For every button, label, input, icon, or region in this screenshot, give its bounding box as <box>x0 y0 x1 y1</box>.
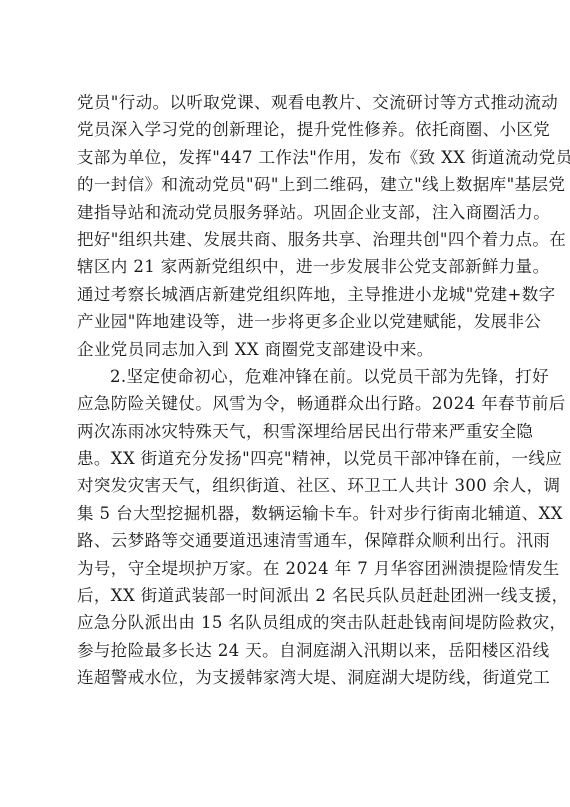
text-line: 后，XX 街道武装部一时间派出 2 名民兵队员赶赴团洲一线支援， <box>77 582 497 609</box>
text-line: 应急防险关键仗。风雪为令，畅通群众出行路。2024 年春节前后 <box>77 390 497 417</box>
text-line: 把好"组织共建、发展共商、服务共享、治理共创"四个着力点。在 <box>77 226 497 253</box>
text-line: 对突发灾害天气，组织街道、社区、环卫工人共计 300 余人，调 <box>77 472 497 499</box>
document-page: 党员"行动。以听取党课、观看电教片、交流研讨等方式推动流动 党员深入学习党的创新… <box>0 0 570 807</box>
text-line: 集 5 台大型挖掘机器，数辆运输卡车。针对步行街南北辅道、XX <box>77 500 497 527</box>
body-text: 党员"行动。以听取党课、观看电教片、交流研讨等方式推动流动 党员深入学习党的创新… <box>77 89 497 692</box>
text-line: 党员深入学习党的创新理论，提升党性修养。依托商圈、小区党 <box>77 116 497 143</box>
text-line: 的一封信》和流动党员"码"上到二维码，建立"线上数据库"基层党 <box>77 171 497 198</box>
text-line: 企业党员同志加入到 XX 商圈党支部建设中来。 <box>77 336 497 363</box>
text-line: 产业园"阵地建设等，进一步将更多企业以党建赋能，发展非公 <box>77 308 497 335</box>
text-line: 辖区内 21 家两新党组织中，进一步发展非公党支部新鲜力量。 <box>77 253 497 280</box>
section-heading-line: 2.坚定使命初心，危难冲锋在前。以党员干部为先锋，打好 <box>77 363 497 390</box>
text-line: 连超警戒水位，为支援韩家湾大堤、洞庭湖大堤防线，街道党工 <box>77 664 497 691</box>
text-line: 两次冻雨冰灾特殊天气，积雪深埋给居民出行带来严重安全隐 <box>77 418 497 445</box>
text-line: 路、云梦路等交通要道迅速清雪通车，保障群众顺利出行。汛雨 <box>77 527 497 554</box>
text-line: 患。XX 街道充分发扬"四亮"精神，以党员干部冲锋在前，一线应 <box>77 445 497 472</box>
text-line: 参与抢险最多长达 24 天。自洞庭湖入汛期以来，岳阳楼区沿线 <box>77 637 497 664</box>
text-line: 建指导站和流动党员服务驿站。巩固企业支部，注入商圈活力。 <box>77 199 497 226</box>
text-line: 应急分队派出由 15 名队员组成的突击队赶赴钱南间堤防险救灾， <box>77 609 497 636</box>
text-line: 党员"行动。以听取党课、观看电教片、交流研讨等方式推动流动 <box>77 89 497 116</box>
text-line: 支部为单位，发挥"447 工作法"作用，发布《致 XX 街道流动党员 <box>77 144 497 171</box>
text-line: 通过考察长城酒店新建党组织阵地，主导推进小龙城"党建+数字 <box>77 281 497 308</box>
text-line: 为号，守全堤坝护万家。在 2024 年 7 月华容团洲溃提险情发生 <box>77 555 497 582</box>
